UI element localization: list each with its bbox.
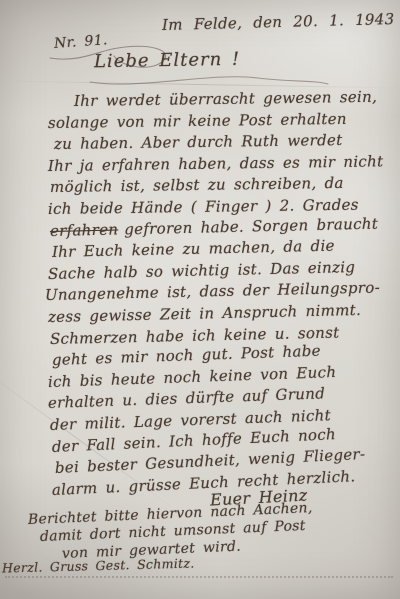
letter-body: Ihr werdet überrascht gewesen sein, sola…: [48, 92, 383, 502]
postscript: Berichtet bitte hiervon nach Aachen, dam…: [28, 512, 313, 562]
handwritten-letter-photo: Im Felde, den 20. 1. 1943 Nr. 91. Liebe …: [0, 0, 400, 599]
letter-number: Nr. 91.: [54, 32, 109, 52]
salutation: Liebe Eltern !: [94, 49, 241, 73]
perforation-dotted-line: [5, 576, 393, 578]
date-line: Im Felde, den 20. 1. 1943: [162, 10, 395, 34]
struck-word: erfahren: [50, 220, 119, 240]
